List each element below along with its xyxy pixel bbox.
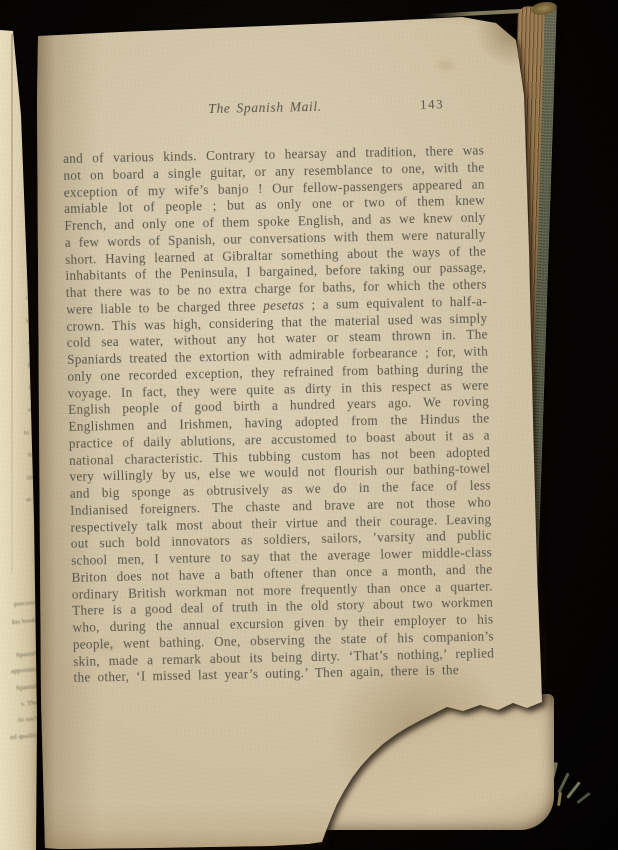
right-page: The Spanish Mail. 143 and of various kin…: [0, 0, 618, 850]
ink-speck: [28, 85, 33, 91]
book-photo: tdkofbled ofi, hes. Inandhadtheandto bei…: [0, 0, 618, 850]
right-page-shadow-wrap: The Spanish Mail. 143 and of various kin…: [0, 0, 618, 850]
body-text-segment: pesetas: [263, 297, 304, 313]
running-header: The Spanish Mail. 143: [62, 95, 486, 122]
foxing-stain: [438, 60, 454, 70]
body-text-segment: and of various kinds. Contrary to hearsa…: [63, 143, 487, 317]
running-header-title: The Spanish Mail.: [208, 99, 322, 117]
printed-content: The Spanish Mail. 143 and of various kin…: [62, 95, 498, 686]
page-number: 143: [420, 96, 444, 112]
body-text-segment: ; a sum equivalent to half-a-crown. This…: [66, 293, 494, 685]
page-body-text: and of various kinds. Contrary to hearsa…: [63, 143, 495, 687]
